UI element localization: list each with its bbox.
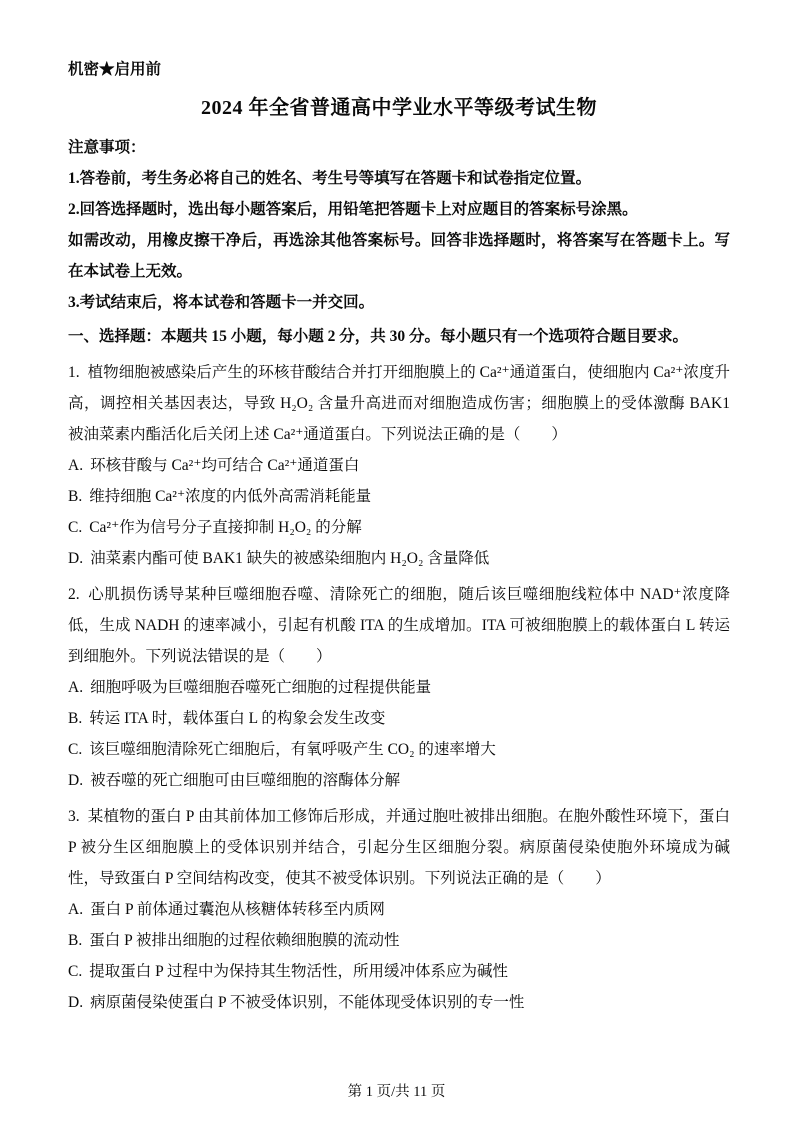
option-label: C.	[68, 741, 82, 758]
question-stem-text: 心肌损伤诱导某种巨噬细胞吞噬、清除死亡的细胞，随后该巨噬细胞线粒体中 NAD⁺浓…	[68, 586, 730, 665]
notice-section: 注意事项： 1.答卷前，考生务必将自己的姓名、考生号等填写在答题卡和试卷指定位置…	[68, 133, 730, 318]
option-row: A.蛋白 P 前体通过囊泡从核糖体转移至内质网	[68, 894, 730, 925]
option-text: 蛋白 P 被排出细胞的过程依赖细胞膜的流动性	[89, 932, 399, 949]
notice-item-1: 1.答卷前，考生务必将自己的姓名、考生号等填写在答题卡和试卷指定位置。	[68, 163, 730, 194]
notice-heading: 注意事项：	[68, 133, 730, 163]
option-text: Ca²⁺作为信号分子直接抑制 H₂O₂ 的分解	[89, 519, 362, 536]
question-stem-text: 某植物的蛋白 P 由其前体加工修饰后形成，并通过胞吐被排出细胞。在胞外酸性环境下…	[68, 808, 730, 887]
option-label: D.	[68, 550, 83, 567]
option-row: B.蛋白 P 被排出细胞的过程依赖细胞膜的流动性	[68, 925, 730, 956]
option-text: 维持细胞 Ca²⁺浓度的内低外高需消耗能量	[89, 488, 371, 505]
option-label: D.	[68, 994, 83, 1011]
exam-page: 机密★启用前 2024 年全省普通高中学业水平等级考试生物 注意事项： 1.答卷…	[0, 0, 793, 1122]
option-row: A.环核苷酸与 Ca²⁺均可结合 Ca²⁺通道蛋白	[68, 450, 730, 481]
option-label: C.	[68, 519, 82, 536]
option-row: C.Ca²⁺作为信号分子直接抑制 H₂O₂ 的分解	[68, 512, 730, 543]
option-row: C.该巨噬细胞清除死亡细胞后，有氧呼吸产生 CO₂ 的速率增大	[68, 734, 730, 765]
exam-title: 2024 年全省普通高中学业水平等级考试生物	[68, 95, 730, 122]
option-row: D.病原菌侵染使蛋白 P 不被受体识别，不能体现受体识别的专一性	[68, 987, 730, 1018]
option-label: A.	[68, 901, 83, 918]
option-text: 该巨噬细胞清除死亡细胞后，有氧呼吸产生 CO₂ 的速率增大	[89, 741, 496, 758]
option-row: B.转运 ITA 时，载体蛋白 L 的构象会发生改变	[68, 703, 730, 734]
option-label: C.	[68, 963, 82, 980]
option-row: A.细胞呼吸为巨噬细胞吞噬死亡细胞的过程提供能量	[68, 672, 730, 703]
option-text: 提取蛋白 P 过程中为保持其生物活性，所用缓冲体系应为碱性	[89, 963, 508, 980]
question-number: 2.	[68, 586, 80, 603]
question-stem: 2.心肌损伤诱导某种巨噬细胞吞噬、清除死亡的细胞，随后该巨噬细胞线粒体中 NAD…	[68, 579, 730, 672]
page-footer: 第 1 页/共 11 页	[0, 1083, 793, 1101]
option-text: 细胞呼吸为巨噬细胞吞噬死亡细胞的过程提供能量	[90, 679, 431, 696]
option-row: B.维持细胞 Ca²⁺浓度的内低外高需消耗能量	[68, 481, 730, 512]
option-text: 蛋白 P 前体通过囊泡从核糖体转移至内质网	[90, 901, 385, 918]
option-row: D.油菜素内酯可使 BAK1 缺失的被感染细胞内 H₂O₂ 含量降低	[68, 543, 730, 574]
option-row: D.被吞噬的死亡细胞可由巨噬细胞的溶酶体分解	[68, 765, 730, 796]
option-label: B.	[68, 932, 82, 949]
question-1: 1.植物细胞被感染后产生的环核苷酸结合并打开细胞膜上的 Ca²⁺通道蛋白，使细胞…	[68, 357, 730, 574]
question-3: 3.某植物的蛋白 P 由其前体加工修饰后形成，并通过胞吐被排出细胞。在胞外酸性环…	[68, 801, 730, 1018]
notice-item-2: 2.回答选择题时，选出每小题答案后，用铅笔把答题卡上对应题目的答案标号涂黑。	[68, 194, 730, 225]
option-label: B.	[68, 710, 82, 727]
option-row: C.提取蛋白 P 过程中为保持其生物活性，所用缓冲体系应为碱性	[68, 956, 730, 987]
option-text: 被吞噬的死亡细胞可由巨噬细胞的溶酶体分解	[90, 772, 400, 789]
option-text: 转运 ITA 时，载体蛋白 L 的构象会发生改变	[89, 710, 385, 727]
option-text: 病原菌侵染使蛋白 P 不被受体识别，不能体现受体识别的专一性	[90, 994, 524, 1011]
section-heading-multiple-choice: 一、选择题：本题共 15 小题，每小题 2 分，共 30 分。每小题只有一个选项…	[68, 321, 730, 352]
option-label: A.	[68, 679, 83, 696]
classification-label: 机密★启用前	[68, 58, 730, 82]
notice-item-2-continued: 如需改动，用橡皮擦干净后，再选涂其他答案标号。回答非选择题时，将答案写在答题卡上…	[68, 225, 730, 287]
question-number: 1.	[68, 364, 80, 381]
option-text: 油菜素内酯可使 BAK1 缺失的被感染细胞内 H₂O₂ 含量降低	[90, 550, 489, 567]
question-stem: 1.植物细胞被感染后产生的环核苷酸结合并打开细胞膜上的 Ca²⁺通道蛋白，使细胞…	[68, 357, 730, 450]
question-2: 2.心肌损伤诱导某种巨噬细胞吞噬、清除死亡的细胞，随后该巨噬细胞线粒体中 NAD…	[68, 579, 730, 796]
question-stem-text: 植物细胞被感染后产生的环核苷酸结合并打开细胞膜上的 Ca²⁺通道蛋白，使细胞内 …	[68, 364, 730, 443]
notice-item-3: 3.考试结束后，将本试卷和答题卡一并交回。	[68, 287, 730, 318]
option-label: D.	[68, 772, 83, 789]
question-stem: 3.某植物的蛋白 P 由其前体加工修饰后形成，并通过胞吐被排出细胞。在胞外酸性环…	[68, 801, 730, 894]
option-text: 环核苷酸与 Ca²⁺均可结合 Ca²⁺通道蛋白	[90, 457, 359, 474]
option-label: B.	[68, 488, 82, 505]
question-number: 3.	[68, 808, 80, 825]
option-label: A.	[68, 457, 83, 474]
